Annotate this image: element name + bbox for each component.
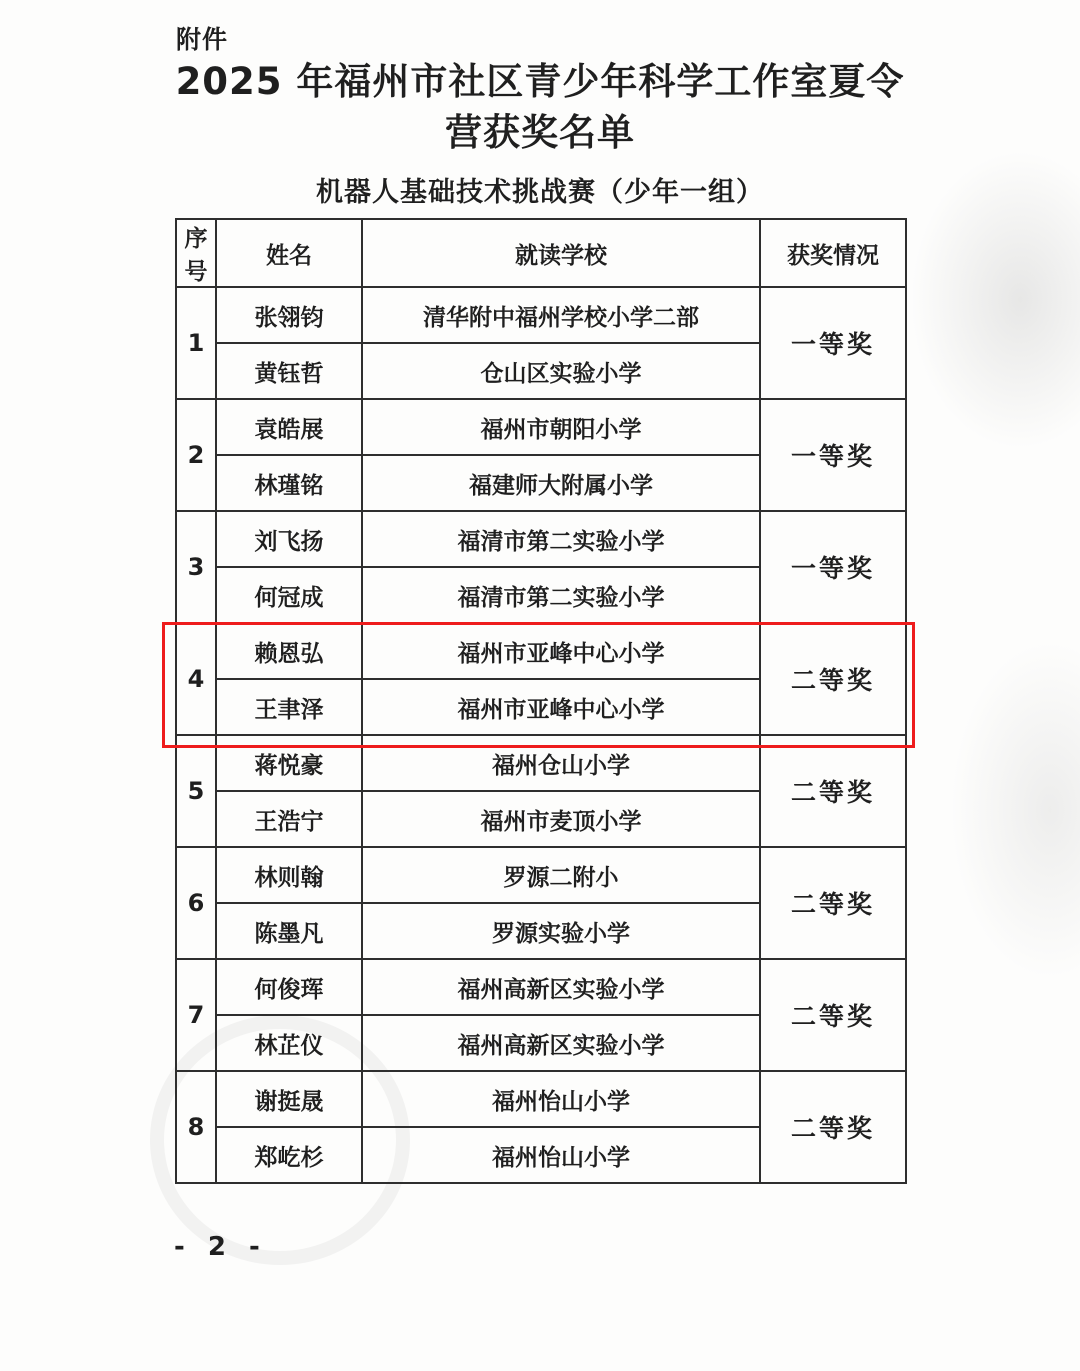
row-number: 7 [176,959,216,1071]
table-row: 3 刘飞扬 福清市第二实验小学 一等奖 [176,511,906,567]
col-header-award: 获奖情况 [760,219,906,287]
document-page: 附件 2025 年福州市社区青少年科学工作室夏令 营获奖名单 机器人基础技术挑战… [0,0,1080,1371]
title-line-1: 2025 年福州市社区青少年科学工作室夏令 [0,56,1080,107]
award-cell: 二等奖 [760,1071,906,1183]
col-header-school: 就读学校 [362,219,760,287]
table-row: 5 蒋悦豪 福州仓山小学 二等奖 [176,735,906,791]
col-header-name: 姓名 [216,219,362,287]
award-cell: 二等奖 [760,735,906,847]
document-title: 2025 年福州市社区青少年科学工作室夏令 营获奖名单 [0,56,1080,158]
member-name: 刘飞扬 [216,511,362,567]
member-name: 蒋悦豪 [216,735,362,791]
member-name: 何俊珲 [216,959,362,1015]
member-school: 福州怡山小学 [362,1071,760,1127]
table-row: 1 张翎钧 清华附中福州学校小学二部 一等奖 [176,287,906,343]
member-name: 陈墨凡 [216,903,362,959]
member-name: 黄钰哲 [216,343,362,399]
col-header-no: 序号 [176,219,216,287]
title-line-2: 营获奖名单 [0,107,1080,158]
member-name: 何冠成 [216,567,362,623]
member-school: 福州高新区实验小学 [362,1015,760,1071]
member-name: 袁皓展 [216,399,362,455]
award-cell: 二等奖 [760,959,906,1071]
awards-table: 序号 姓名 就读学校 获奖情况 1 张翎钧 清华附中福州学校小学二部 一等奖 黄… [175,218,907,1184]
award-cell: 二等奖 [760,847,906,959]
member-name: 张翎钧 [216,287,362,343]
member-school: 罗源实验小学 [362,903,760,959]
row-number: 4 [176,623,216,735]
member-name: 王浩宁 [216,791,362,847]
member-school: 福州市麦顶小学 [362,791,760,847]
member-name: 赖恩弘 [216,623,362,679]
row-number: 6 [176,847,216,959]
page-number: - 2 - [174,1232,267,1262]
member-school: 福清市第二实验小学 [362,511,760,567]
member-school: 清华附中福州学校小学二部 [362,287,760,343]
member-school: 福州市亚峰中心小学 [362,679,760,735]
member-school: 福州市亚峰中心小学 [362,623,760,679]
row-number: 8 [176,1071,216,1183]
member-name: 谢挺晟 [216,1071,362,1127]
row-number: 3 [176,511,216,623]
row-number: 2 [176,399,216,511]
member-name: 郑屹杉 [216,1127,362,1183]
row-number: 1 [176,287,216,399]
member-school: 福州怡山小学 [362,1127,760,1183]
member-school: 福州市朝阳小学 [362,399,760,455]
member-school: 福建师大附属小学 [362,455,760,511]
attachment-label: 附件 [176,20,228,56]
row-number: 5 [176,735,216,847]
member-name: 林芷仪 [216,1015,362,1071]
table-row: 2 袁皓展 福州市朝阳小学 一等奖 [176,399,906,455]
award-cell: 一等奖 [760,399,906,511]
member-school: 罗源二附小 [362,847,760,903]
table-row-highlighted: 4 赖恩弘 福州市亚峰中心小学 二等奖 [176,623,906,679]
table-row: 6 林则翰 罗源二附小 二等奖 [176,847,906,903]
member-school: 仓山区实验小学 [362,343,760,399]
award-cell: 一等奖 [760,287,906,399]
table-header-row: 序号 姓名 就读学校 获奖情况 [176,219,906,287]
table-row: 8 谢挺晟 福州怡山小学 二等奖 [176,1071,906,1127]
section-subtitle: 机器人基础技术挑战赛（少年一组） [0,170,1080,209]
award-cell: 一等奖 [760,511,906,623]
member-name: 林瑾铭 [216,455,362,511]
member-school: 福清市第二实验小学 [362,567,760,623]
scan-smudge [950,640,1080,980]
table-row: 7 何俊珲 福州高新区实验小学 二等奖 [176,959,906,1015]
member-name: 林则翰 [216,847,362,903]
member-school: 福州高新区实验小学 [362,959,760,1015]
award-cell: 二等奖 [760,623,906,735]
member-name: 王聿泽 [216,679,362,735]
member-school: 福州仓山小学 [362,735,760,791]
